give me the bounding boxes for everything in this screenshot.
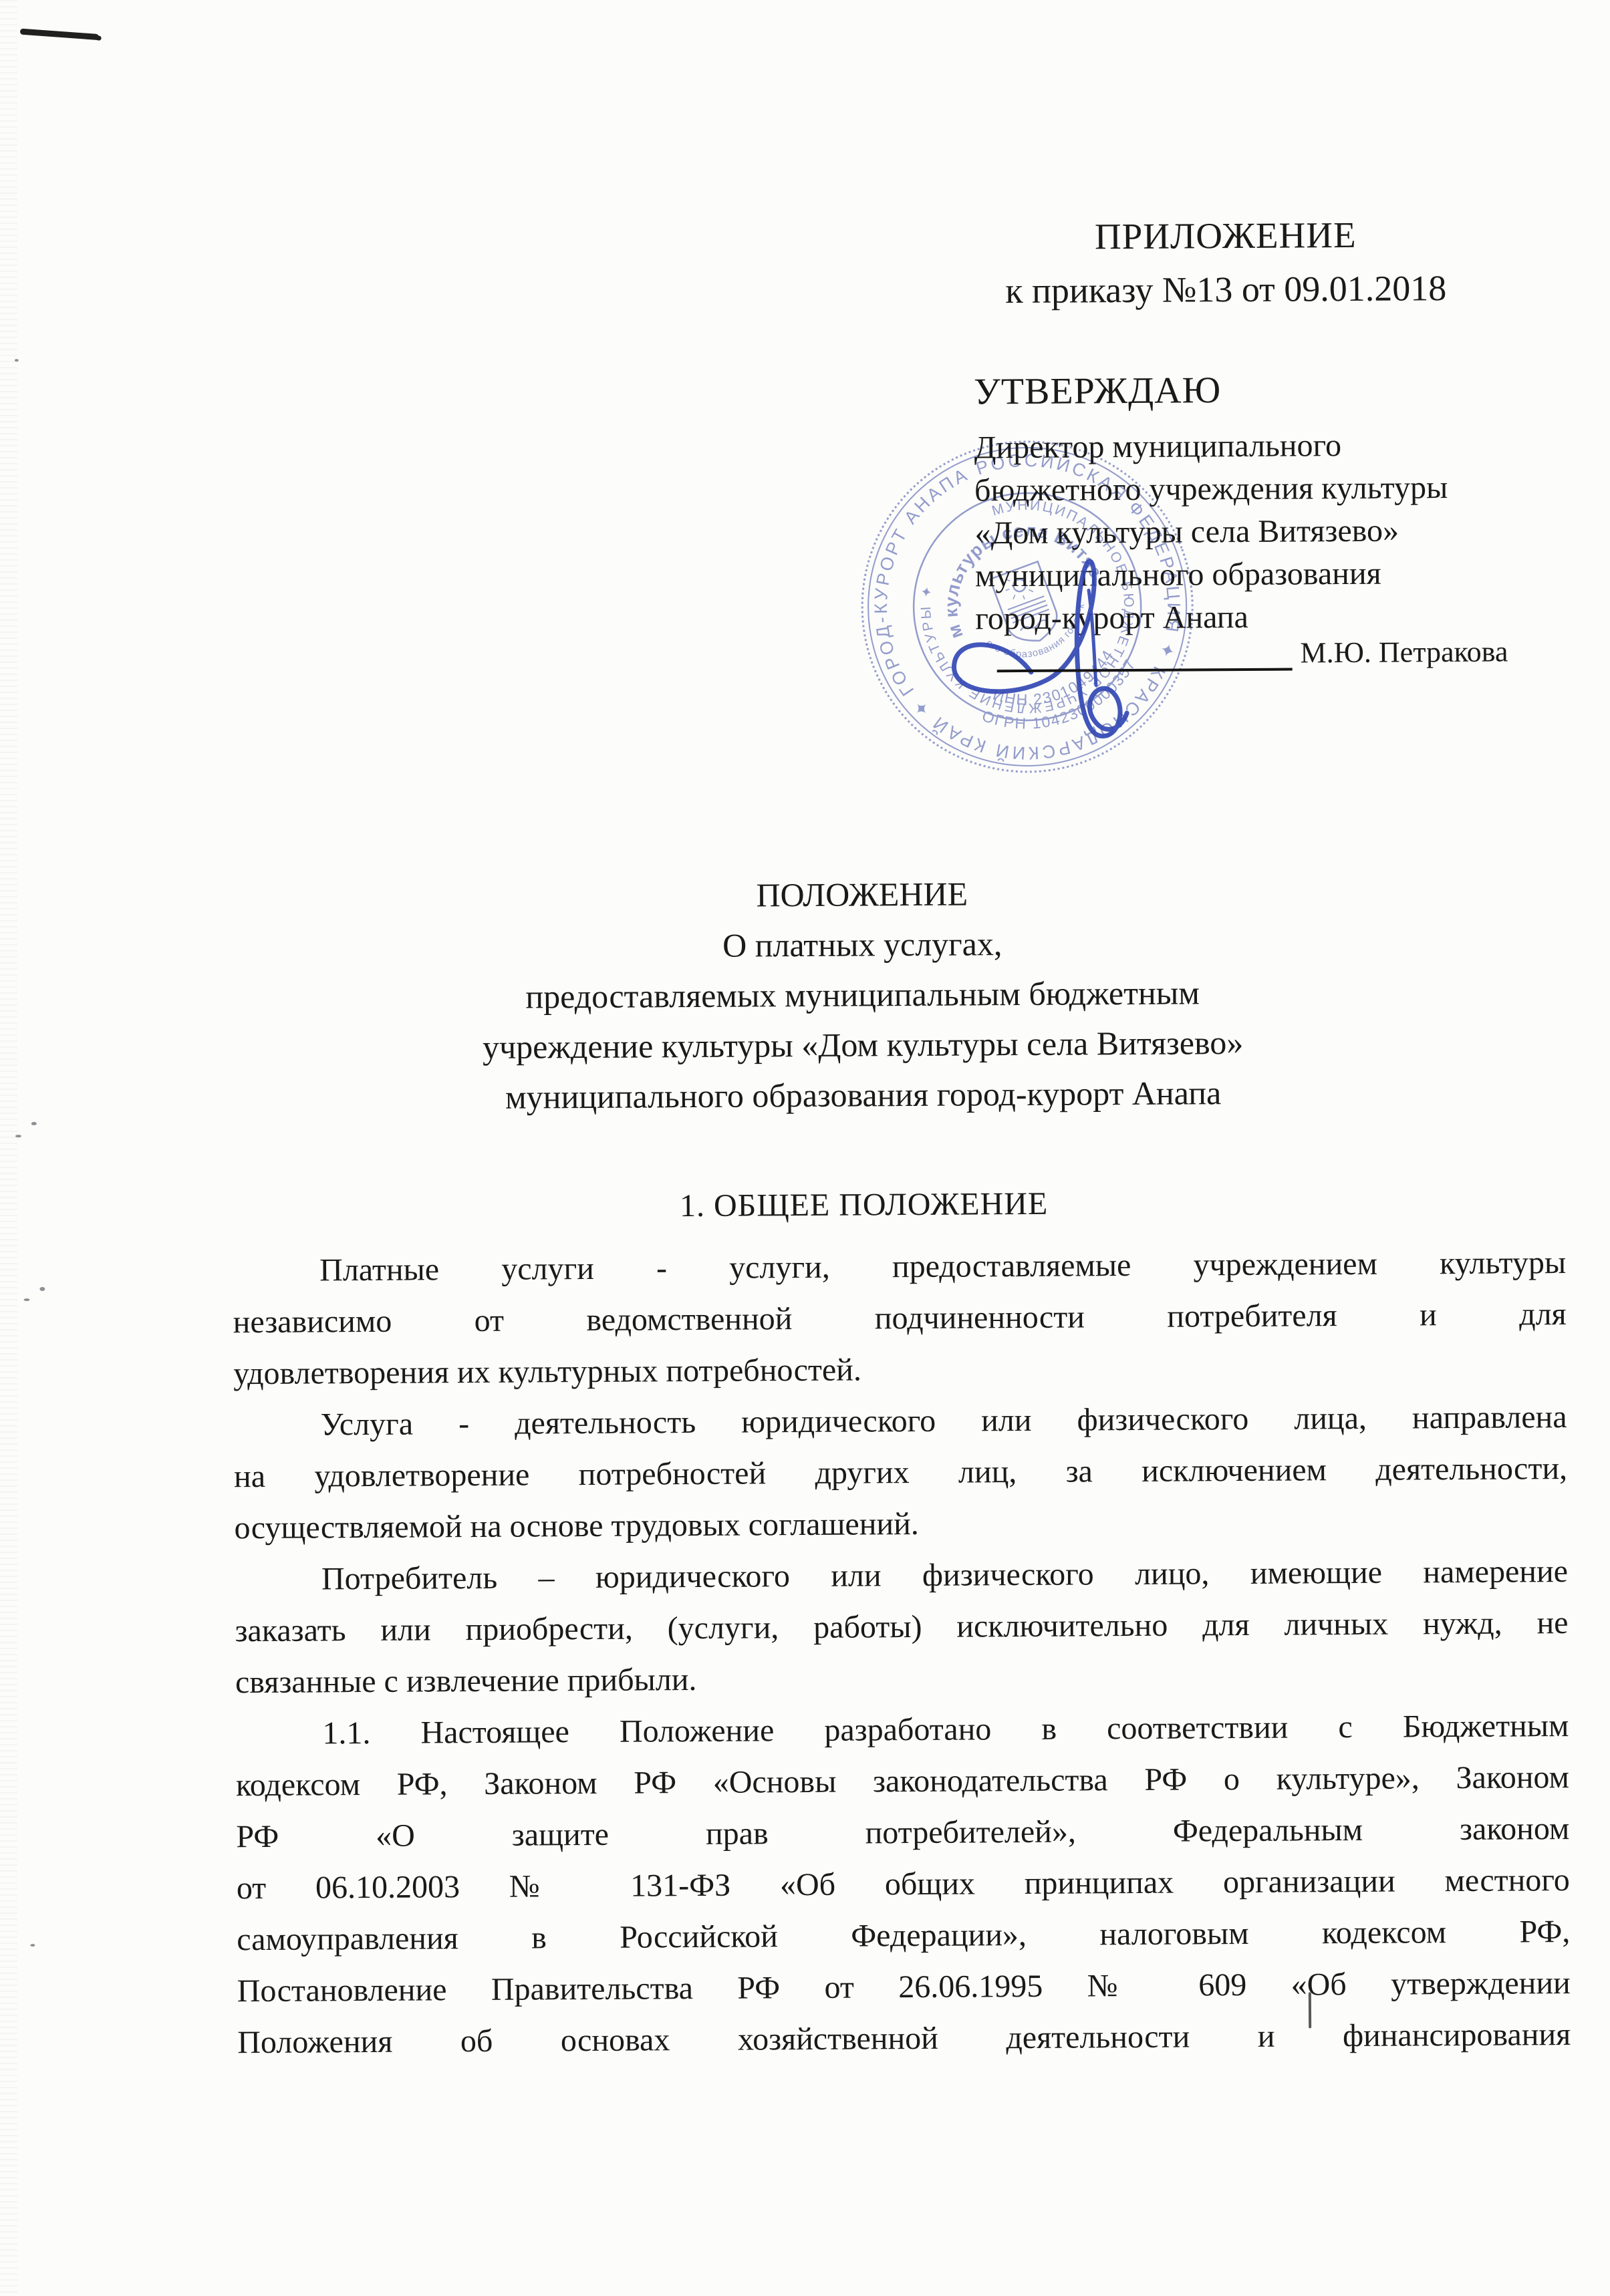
scan-speck xyxy=(15,1135,21,1137)
title-line: О платных услугах, xyxy=(160,915,1564,974)
director-signature xyxy=(920,525,1202,781)
body-line: Услуга - деятельность юридического или ф… xyxy=(233,1391,1567,1451)
body-line: самоуправления в Российской Федерации», … xyxy=(237,1906,1570,1965)
scan-speck xyxy=(30,1944,35,1947)
scan-streak-artifact xyxy=(1309,1992,1311,2028)
body-line: на удовлетворение потребностей других ли… xyxy=(234,1443,1567,1502)
scan-speck xyxy=(15,359,19,362)
appendix-title: ПРИЛОЖЕНИЕ xyxy=(965,213,1486,259)
body-line: от 06.10.2003 № 131-ФЗ «Об общих принцип… xyxy=(237,1854,1570,1914)
section-heading: 1. ОБЩЕЕ ПОЛОЖЕНИЕ xyxy=(162,1182,1565,1228)
order-reference-line: к приказу №13 от 09.01.2018 xyxy=(965,267,1486,313)
body-line: независимо от ведомственной подчиненност… xyxy=(233,1288,1566,1348)
body-line: Положения об основах хозяйственной деяте… xyxy=(237,2009,1571,2068)
approval-line: бюджетного учреждения культуры xyxy=(974,466,1522,512)
body-line: кодексом РФ, Законом РФ «Основы законода… xyxy=(236,1751,1569,1811)
body-line: Платные услуги - услуги, предоставляемые… xyxy=(233,1237,1566,1296)
title-line: предоставляемых муниципальным бюджетным xyxy=(160,966,1564,1024)
body-line: Постановление Правительства РФ от 26.06.… xyxy=(237,1957,1571,2017)
pen-scribble-mark xyxy=(20,29,99,41)
body-line: Потребитель – юридического или физическо… xyxy=(235,1546,1568,1605)
body-line: осуществляемой на основе трудовых соглаш… xyxy=(234,1494,1567,1554)
body-line: связанные с извлечение прибыли. xyxy=(235,1648,1569,1708)
appendix-header: ПРИЛОЖЕНИЕ к приказу №13 от 09.01.2018 xyxy=(965,213,1487,313)
document-title-block: ПОЛОЖЕНИЕ О платных услугах, предоставля… xyxy=(160,865,1565,1125)
approval-label: УТВЕРЖДАЮ xyxy=(974,369,1221,413)
scan-speck xyxy=(39,1287,45,1291)
scanned-document-page: ПРИЛОЖЕНИЕ к приказу №13 от 09.01.2018 xyxy=(0,0,1610,2296)
scan-speck xyxy=(23,1298,29,1301)
approval-line: Директор муниципального xyxy=(974,423,1522,469)
title-line: муниципального образования город-курорт … xyxy=(161,1066,1565,1125)
signatory-name: М.Ю. Петракова xyxy=(1300,635,1508,670)
body-line: заказать или приобрести, (услуги, работы… xyxy=(235,1597,1568,1657)
scan-speck xyxy=(31,1122,37,1125)
body-line: 1.1. Настоящее Положение разработано в с… xyxy=(235,1700,1569,1759)
body-line: удовлетворения их культурных потребносте… xyxy=(233,1340,1567,1399)
document-body: Платные услуги - услуги, предоставляемые… xyxy=(233,1237,1571,2068)
body-line: РФ «О защите прав потребителей», Федерал… xyxy=(236,1803,1569,1862)
title-line: ПОЛОЖЕНИЕ xyxy=(160,865,1564,924)
title-line: учреждение культуры «Дом культуры села В… xyxy=(161,1016,1565,1074)
